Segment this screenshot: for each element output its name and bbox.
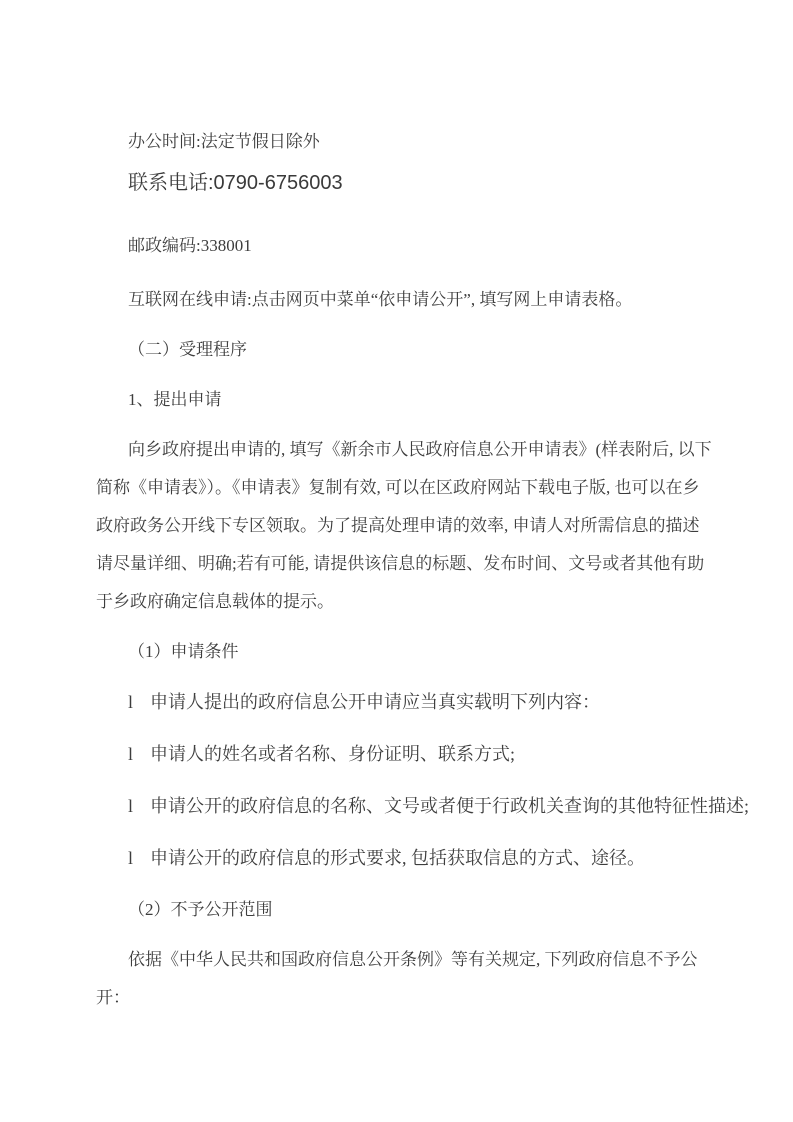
online-application-line: 互联网在线申请:点击网页中菜单“依申请公开”, 填写网上申请表格。 [96, 281, 713, 319]
subsection-heading-submit-application: 1、提出申请 [96, 381, 713, 419]
bullet-item-application-content: l申请人提出的政府信息公开申请应当真实载明下列内容： [96, 683, 713, 721]
document-page: 办公时间:法定节假日除外 联系电话:0790-6756003 邮政编码:3380… [0, 0, 793, 1122]
subheading-non-disclosure-scope: （2）不予公开范围 [96, 891, 713, 929]
bullet-text: 申请人的姓名或者名称、身份证明、联系方式; [150, 744, 515, 764]
bullet-item-applicant-identity: l申请人的姓名或者名称、身份证明、联系方式; [96, 735, 713, 773]
postal-code-line: 邮政编码:338001 [96, 227, 713, 265]
subheading-application-conditions: （1）申请条件 [96, 633, 713, 671]
bullet-marker: l [128, 735, 150, 773]
bullet-text: 申请人提出的政府信息公开申请应当真实载明下列内容： [150, 692, 600, 712]
office-hours-line: 办公时间:法定节假日除外 [96, 123, 713, 161]
bullet-item-form-requirements: l申请公开的政府信息的形式要求, 包括获取信息的方式、途径。 [96, 839, 713, 877]
bullet-marker: l [128, 787, 150, 825]
contact-phone-line: 联系电话:0790-6756003 [96, 163, 713, 203]
paragraph-non-disclosure-basis: 依据《中华人民共和国政府信息公开条例》等有关规定, 下列政府信息不予公开： [96, 941, 713, 1017]
section-heading-acceptance-procedure: （二）受理程序 [96, 331, 713, 369]
bullet-marker: l [128, 683, 150, 721]
bullet-marker: l [128, 839, 150, 877]
bullet-text: 申请公开的政府信息的名称、文号或者便于行政机关查询的其他特征性描述; [150, 796, 749, 816]
bullet-item-information-description: l申请公开的政府信息的名称、文号或者便于行政机关查询的其他特征性描述; [96, 787, 713, 825]
paragraph-application-process: 向乡政府提出申请的, 填写《新余市人民政府信息公开申请表》(样表附后, 以下简称… [96, 431, 713, 621]
bullet-text: 申请公开的政府信息的形式要求, 包括获取信息的方式、途径。 [150, 848, 645, 868]
